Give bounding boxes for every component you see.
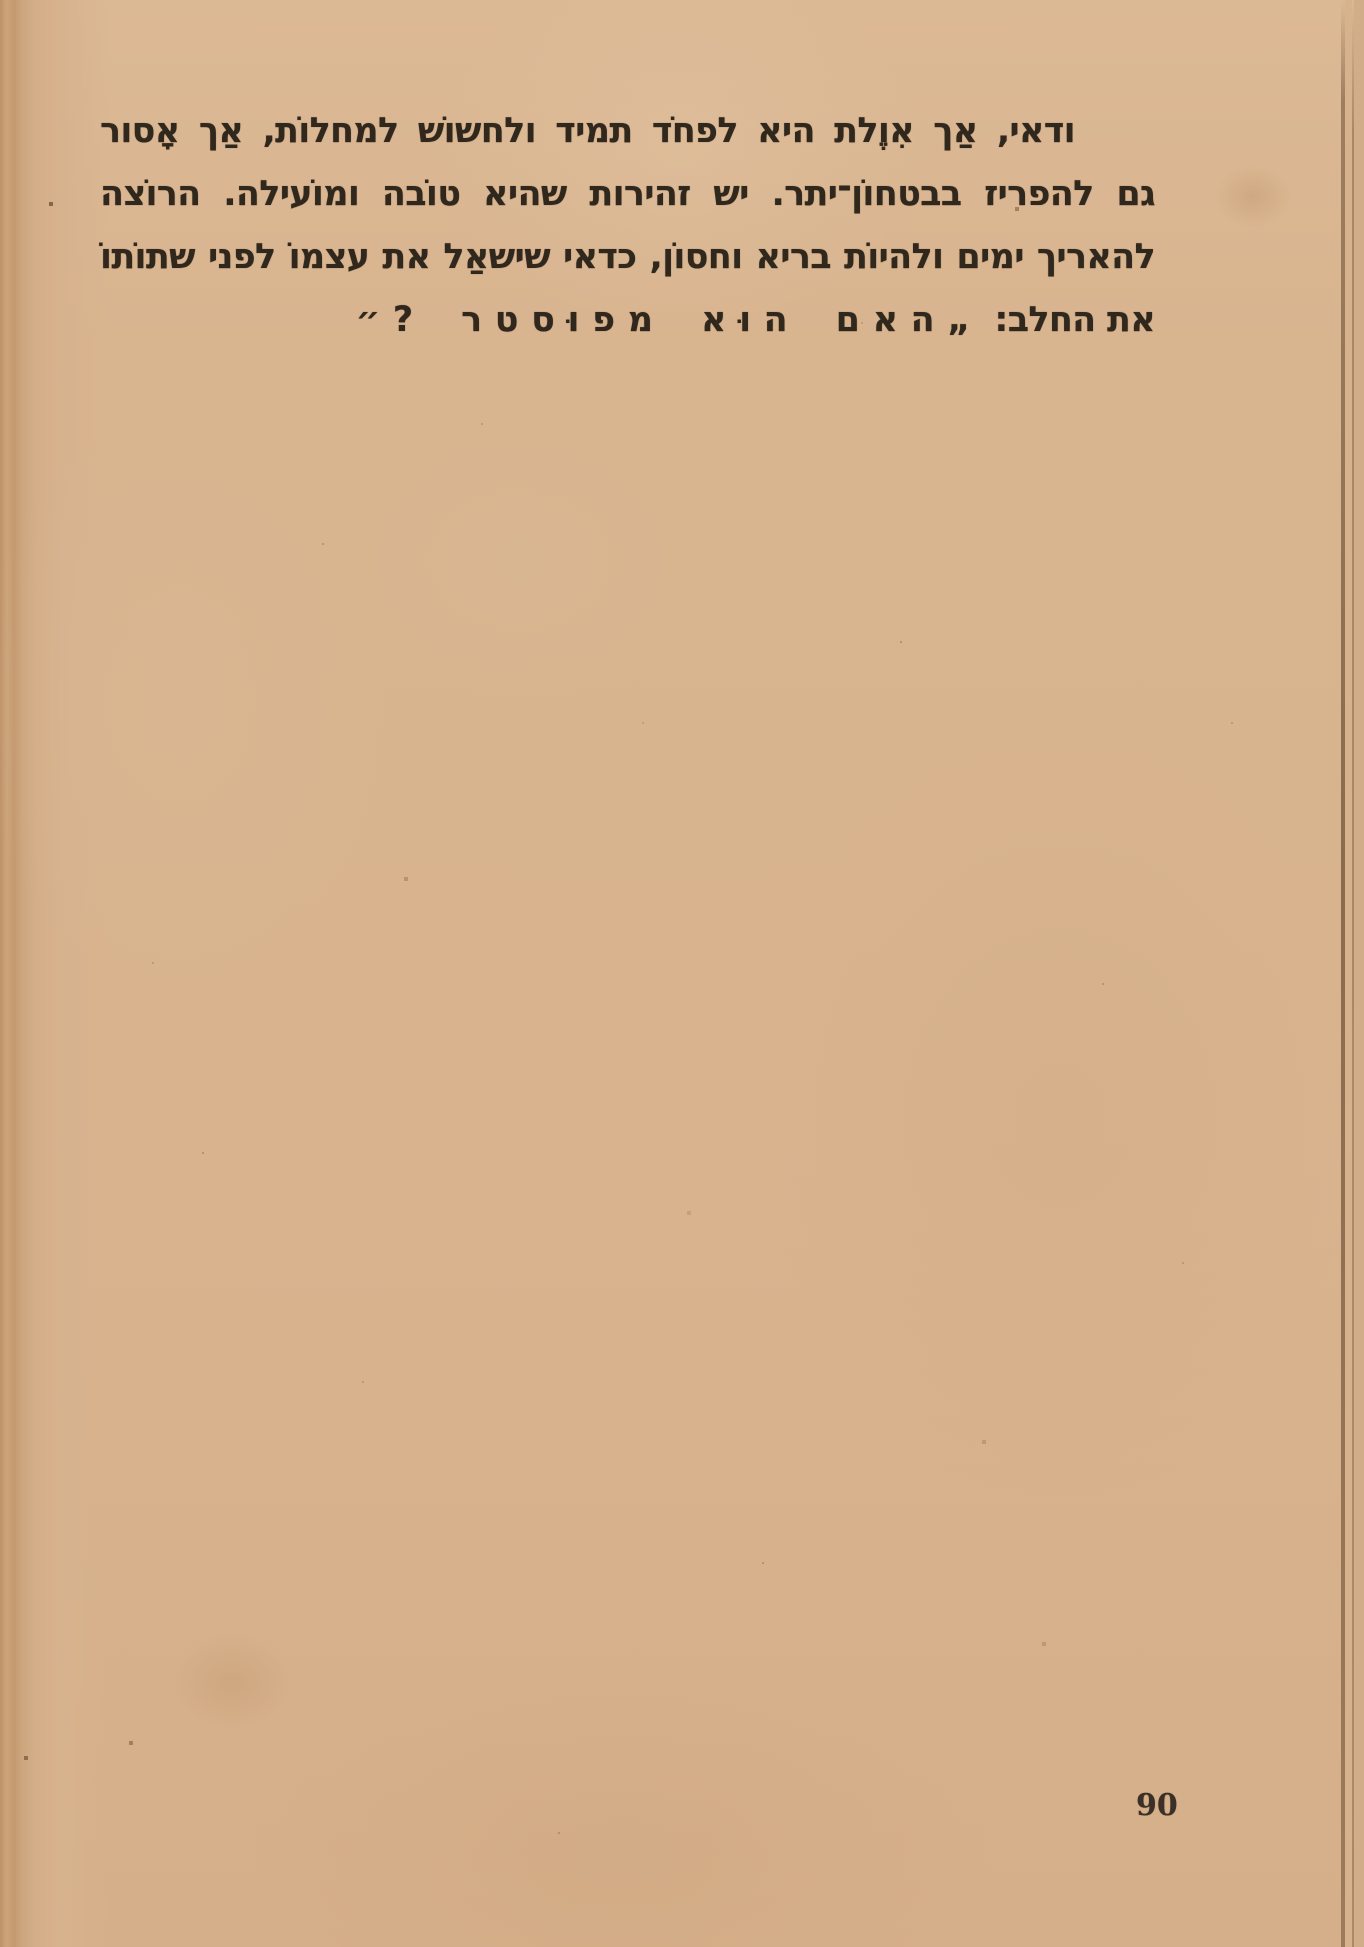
scanned-book-page: ודאי, אַך אִוֶלת היא לפחֹד תמיד ולחשוֹש …	[0, 0, 1364, 1947]
paragraph-line-2: גם להפריז בבטחוֹן־יתר. יש זהירות שהיא טו…	[100, 163, 1155, 226]
page-edge-gap	[1345, 0, 1352, 1947]
line-4-prefix: את החלב:	[983, 300, 1155, 340]
page-number: 90	[1136, 1788, 1178, 1823]
paragraph-line-4: את החלב: „האם הוּא מפוּסטר ?״	[100, 289, 1155, 352]
paragraph-line-1: ודאי, אַך אִוֶלת היא לפחֹד תמיד ולחשוֹש …	[100, 100, 1155, 163]
emphasized-quote: „האם הוּא מפוּסטר ?״	[355, 300, 982, 340]
paragraph: ודאי, אַך אִוֶלת היא לפחֹד תמיד ולחשוֹש …	[100, 100, 1155, 352]
page-edge-margin	[1354, 0, 1364, 1947]
paragraph-line-3: להאריך ימים ולהיוֹת בריא וחסוֹן, כדאי שי…	[100, 226, 1155, 289]
